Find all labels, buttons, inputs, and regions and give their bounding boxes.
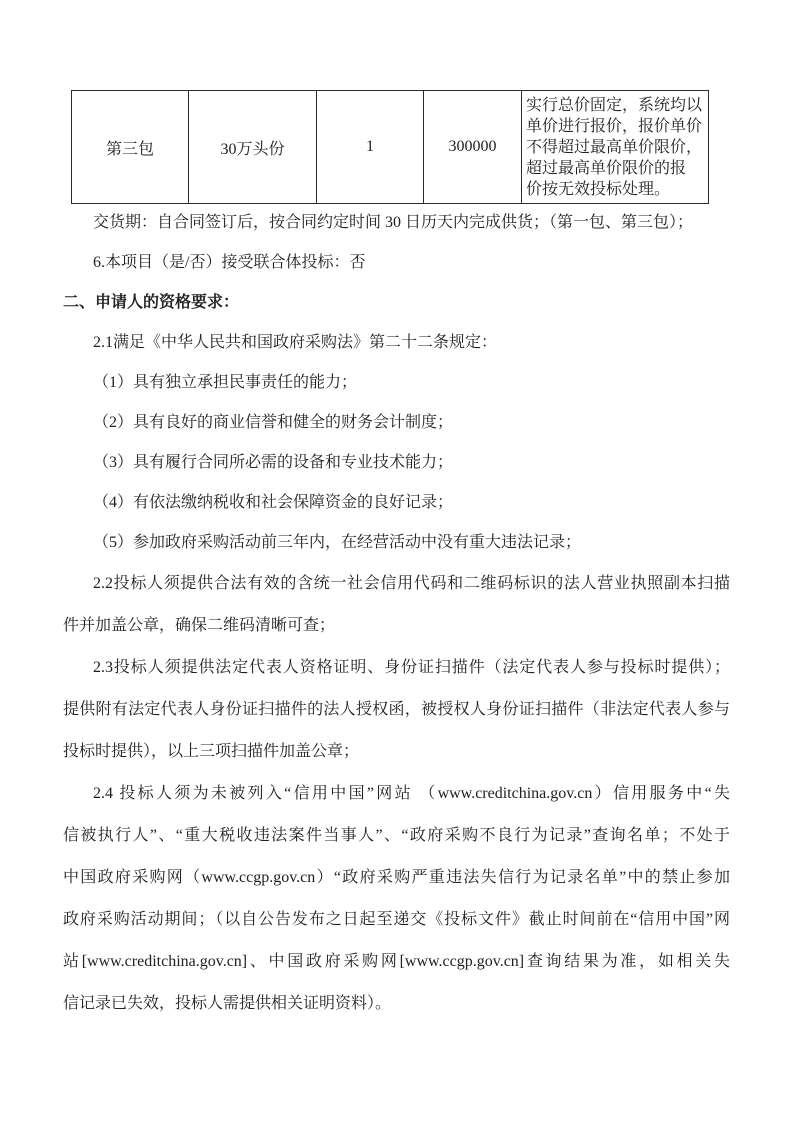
pricing-note-line: 实行总价固定，系统均以 bbox=[526, 95, 704, 116]
qualification-item-2: （2）具有良好的商业信誉和健全的财务会计制度； bbox=[63, 403, 730, 443]
consortium-bid-line: 6.本项目（是/否）接受联合体投标：否 bbox=[63, 243, 730, 283]
clause-2-3-line-3: 投标时提供），以上三项扫描件加盖公章； bbox=[63, 731, 730, 773]
section-heading: 二、申请人的资格要求： bbox=[63, 283, 730, 323]
clause-2-4-line-6: 信记录已失效，投标人需提供相关证明资料）。 bbox=[63, 983, 730, 1025]
clause-2-1: 2.1满足《中华人民共和国政府采购法》第二十二条规定： bbox=[63, 323, 730, 363]
clause-2-4-line-2: 信被执行人”、“重大税收违法案件当事人”、“政府采购不良行为记录”查询名单；不处… bbox=[63, 815, 730, 857]
table-cell-lot-count: 1 bbox=[317, 91, 424, 204]
pricing-note-line: 超过最高单价限价的报 bbox=[526, 158, 704, 179]
pricing-table: 第三包 30万头份 1 300000 实行总价固定，系统均以 单价进行报价，报价… bbox=[71, 90, 709, 204]
clause-2-4-line-1: 2.4 投标人须为未被列入“信用中国”网站 （www.creditchina.g… bbox=[63, 773, 730, 815]
table-row: 第三包 30万头份 1 300000 实行总价固定，系统均以 单价进行报价，报价… bbox=[72, 91, 709, 204]
pricing-note-line: 价按无效投标处理。 bbox=[526, 179, 704, 200]
table-cell-budget: 300000 bbox=[424, 91, 522, 204]
clause-2-2-line-1: 2.2投标人须提供合法有效的含统一社会信用代码和二维码标识的法人营业执照副本扫描 bbox=[63, 563, 730, 605]
qualification-item-5: （5）参加政府采购活动前三年内，在经营活动中没有重大违法记录； bbox=[63, 523, 730, 563]
delivery-period-line: 交货期：自合同签订后，按合同约定时间 30 日历天内完成供货；（第一包、第三包）… bbox=[63, 203, 730, 243]
table-cell-package-name: 第三包 bbox=[72, 91, 189, 204]
pricing-note-line: 单价进行报价，报价单价 bbox=[526, 116, 704, 137]
pricing-note-line: 不得超过最高单价限价， bbox=[526, 137, 704, 158]
qualification-item-1: （1）具有独立承担民事责任的能力； bbox=[63, 363, 730, 403]
clause-2-4-line-5: 站[www.creditchina.gov.cn]、中国政府采购网[www.cc… bbox=[63, 941, 730, 983]
qualification-item-4: （4）有依法缴纳税收和社会保障资金的良好记录； bbox=[63, 483, 730, 523]
clause-2-3-line-1: 2.3投标人须提供法定代表人资格证明、身份证扫描件（法定代表人参与投标时提供）； bbox=[63, 647, 730, 689]
table-cell-pricing-note: 实行总价固定，系统均以 单价进行报价，报价单价 不得超过最高单价限价， 超过最高… bbox=[522, 91, 709, 204]
clause-2-4-line-4: 政府采购活动期间；（以自公告发布之日起至递交《投标文件》截止时间前在“信用中国”… bbox=[63, 899, 730, 941]
qualification-item-3: （3）具有履行合同所必需的设备和专业技术能力； bbox=[63, 443, 730, 483]
table-cell-quantity: 30万头份 bbox=[189, 91, 317, 204]
clause-2-3-line-2: 提供附有法定代表人身份证扫描件的法人授权函，被授权人身份证扫描件（非法定代表人参… bbox=[63, 689, 730, 731]
clause-2-2-line-2: 件并加盖公章，确保二维码清晰可查； bbox=[63, 605, 730, 647]
document-page: 第三包 30万头份 1 300000 实行总价固定，系统均以 单价进行报价，报价… bbox=[0, 0, 793, 1122]
document-body: 交货期：自合同签订后，按合同约定时间 30 日历天内完成供货；（第一包、第三包）… bbox=[63, 203, 730, 1025]
clause-2-4-line-3: 中国政府采购网（www.ccgp.gov.cn）“政府采购严重违法失信行为记录名… bbox=[63, 857, 730, 899]
